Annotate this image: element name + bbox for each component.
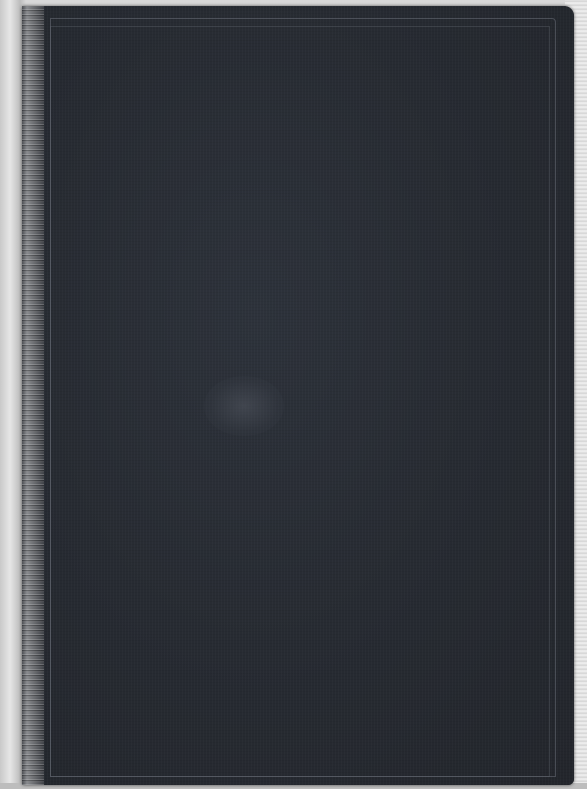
cover-stain xyxy=(204,376,284,436)
book-spine xyxy=(22,6,44,785)
book xyxy=(22,6,574,785)
book-cover xyxy=(44,6,574,785)
blind-stamped-border-inner xyxy=(50,26,550,777)
